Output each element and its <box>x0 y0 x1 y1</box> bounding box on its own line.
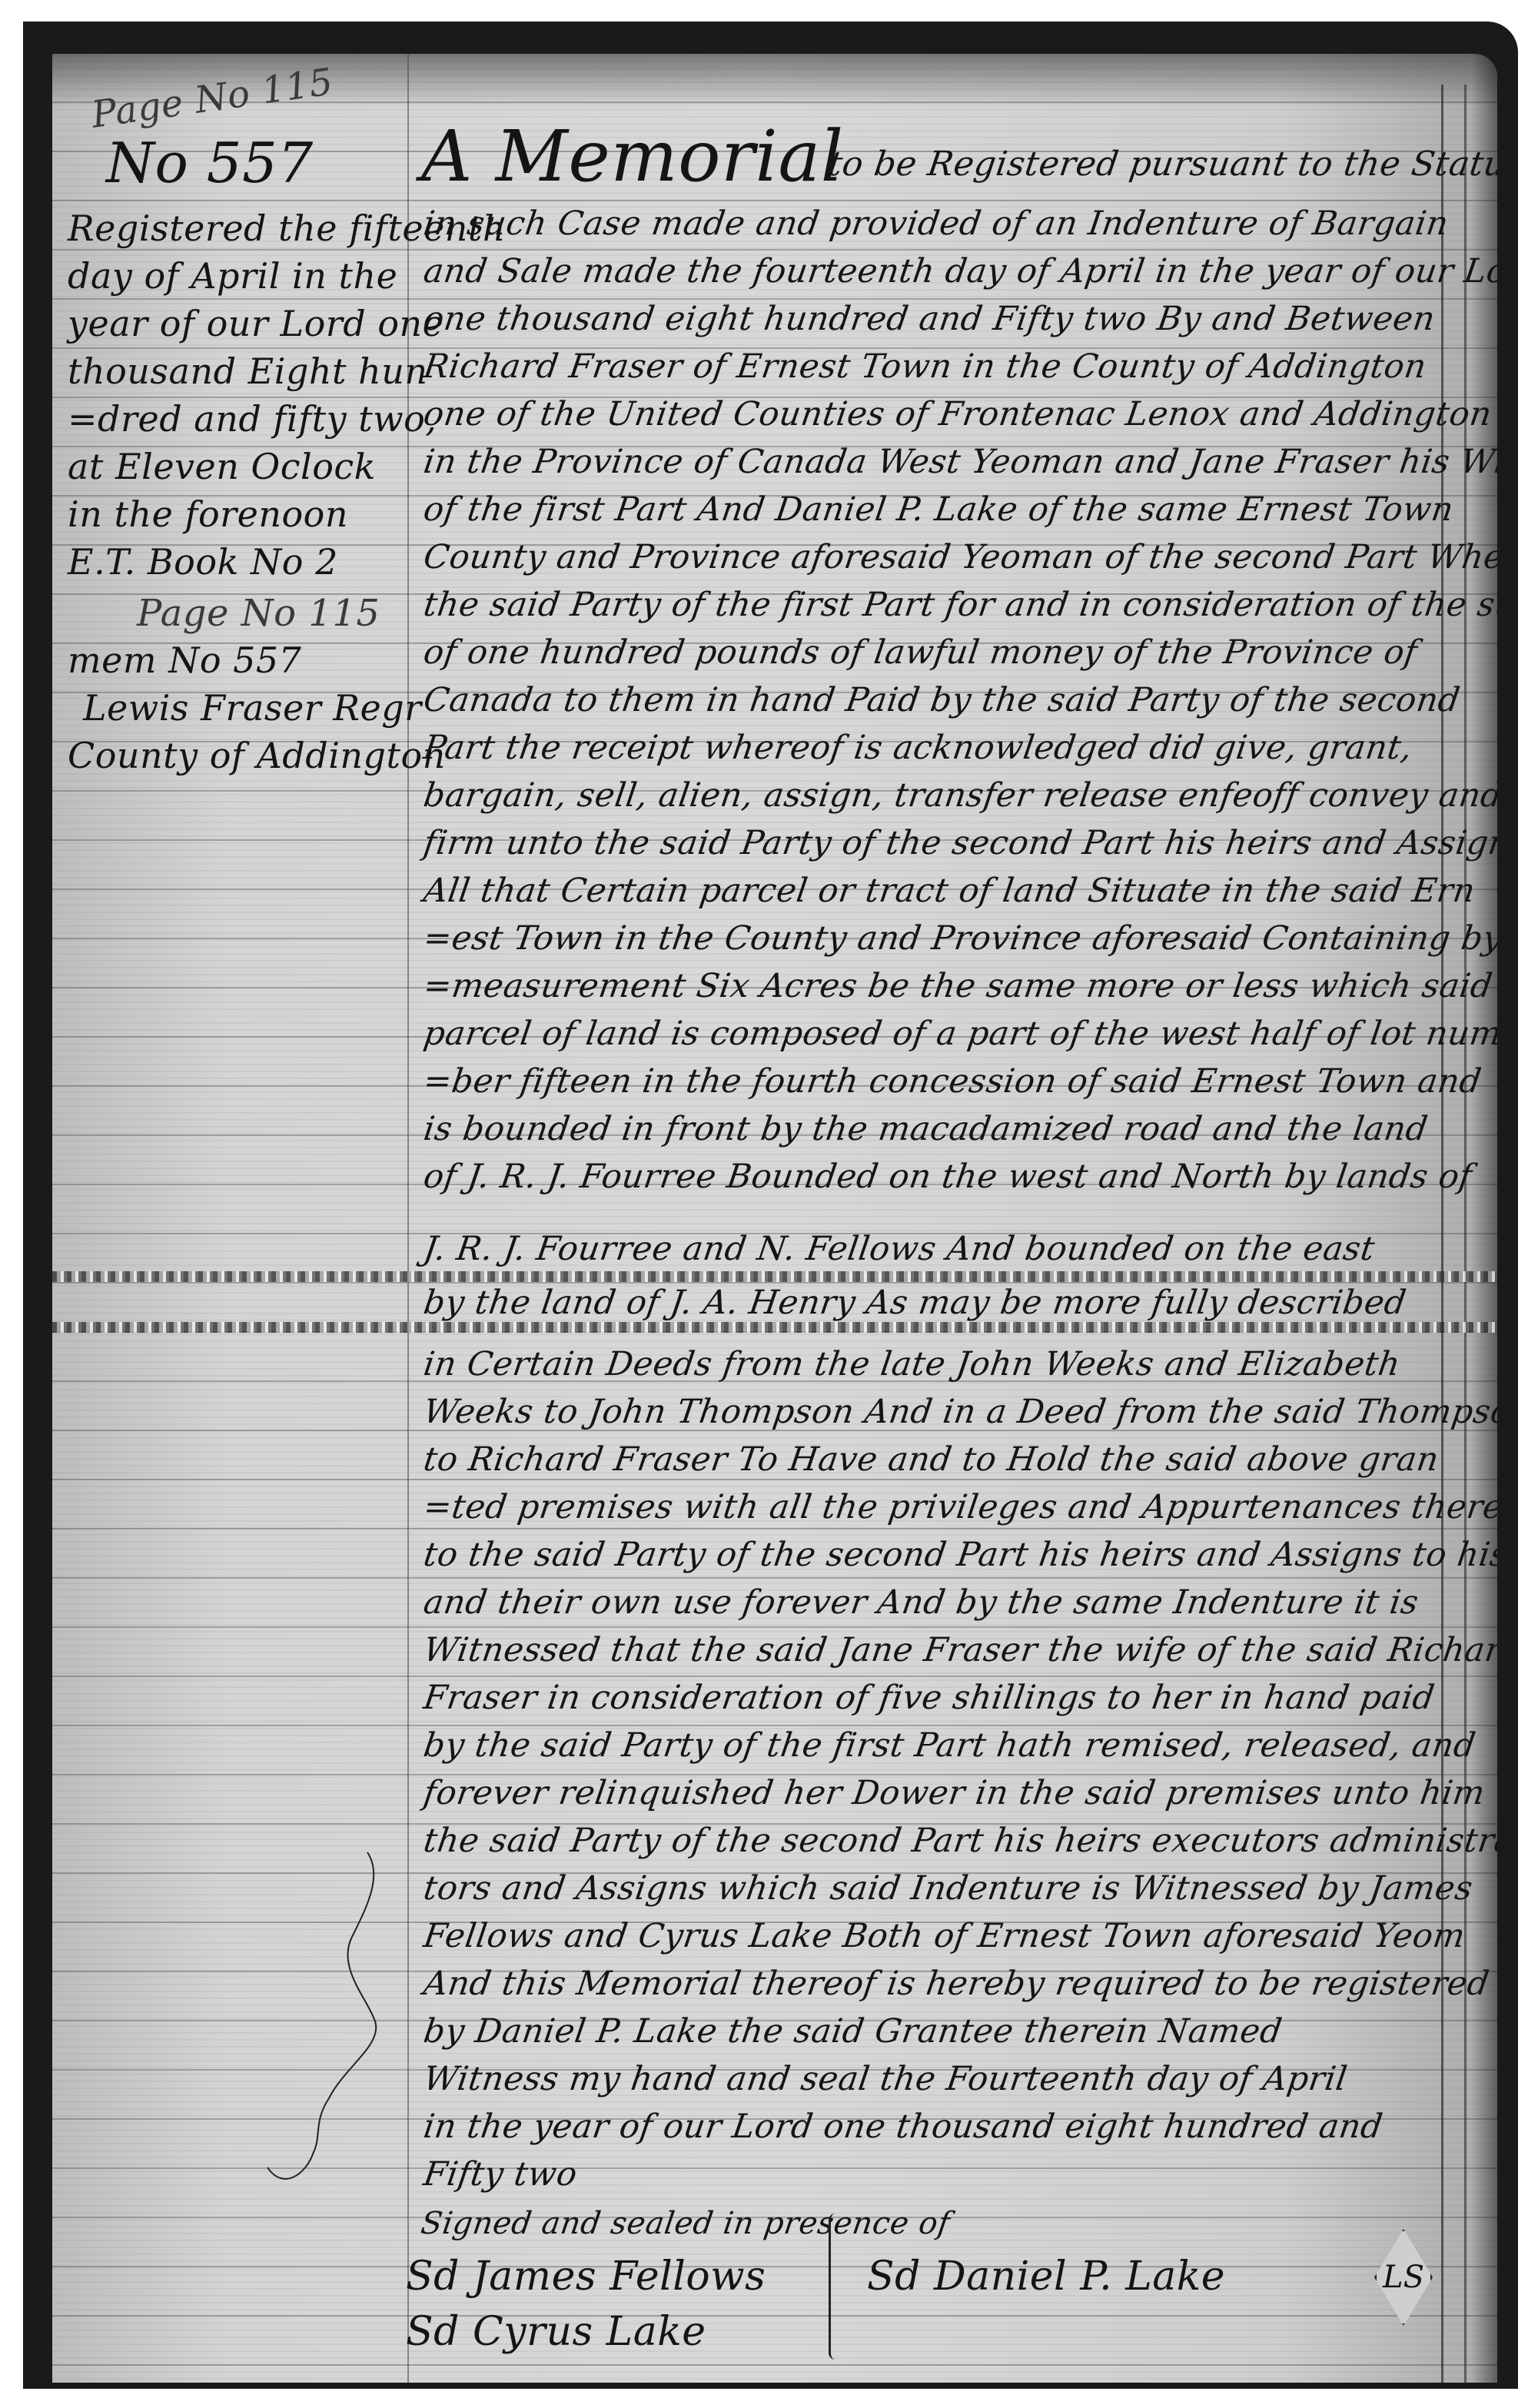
attestation-label: Signed and sealed in presence of <box>419 2206 952 2241</box>
body-line: of one hundred pounds of lawful money of… <box>421 633 1472 672</box>
body-line: to the said Party of the second Part his… <box>421 1536 1472 1574</box>
body-line: one of the United Counties of Frontenac … <box>421 395 1472 433</box>
body-line: one thousand eight hundred and Fifty two… <box>421 300 1472 338</box>
body-line: =est Town in the County and Province afo… <box>421 919 1472 958</box>
margin-note-line: thousand Eight hun <box>68 350 428 392</box>
body-line: Weeks to John Thompson And in a Deed fro… <box>421 1393 1472 1431</box>
body-line: forever relinquished her Dower in the sa… <box>421 1774 1472 1812</box>
document-title: A Memorial <box>421 115 844 198</box>
body-line: bargain, sell, alien, assign, transfer r… <box>421 776 1472 815</box>
seal-icon: LS <box>1374 2229 1433 2326</box>
body-line: County and Province aforesaid Yeoman of … <box>421 538 1472 576</box>
body-line: Witness my hand and seal the Fourteenth … <box>421 2060 1472 2098</box>
body-line: =ber fifteen in the fourth concession of… <box>421 1062 1472 1101</box>
body-line: in the Province of Canada West Yeoman an… <box>421 443 1472 481</box>
body-line: in such Case made and provided of an Ind… <box>421 204 1472 243</box>
body-line: to Richard Fraser To Have and to Hold th… <box>421 1440 1472 1479</box>
body-line: and Sale made the fourteenth day of Apri… <box>421 252 1472 291</box>
body-line: the said Party of the second Part his he… <box>421 1822 1472 1860</box>
body-line: of J. R. J. Fourree Bounded on the west … <box>421 1158 1472 1196</box>
margin-note-line: day of April in the <box>68 255 397 297</box>
ledger-page: Page No 115 No 557 A Memorial to be Regi… <box>52 54 1497 2383</box>
grantee-signature: Sd Daniel P. Lake <box>867 2254 1225 2300</box>
scan-defect-band <box>52 1322 1497 1333</box>
body-line: by the said Party of the first Part hath… <box>421 1726 1472 1765</box>
margin-note-line: year of our Lord one <box>68 303 443 344</box>
body-line: J. R. J. Fourree and N. Fellows And boun… <box>421 1230 1472 1268</box>
margin-note-line: in the forenoon <box>68 493 348 535</box>
body-line: in the year of our Lord one thousand eig… <box>421 2107 1472 2146</box>
body-line: =measurement Six Acres be the same more … <box>421 967 1472 1005</box>
margin-page-ref: Page No 115 <box>137 592 380 635</box>
margin-note-line: =dred and fifty two, <box>68 398 437 440</box>
scan-defect-band <box>52 1271 1497 1282</box>
body-line: =ted premises with all the privileges an… <box>421 1488 1472 1526</box>
body-line: by Daniel P. Lake the said Grantee there… <box>421 2012 1472 2051</box>
memorial-number: No 557 <box>106 131 314 195</box>
body-line: Fraser in consideration of five shilling… <box>421 1679 1472 1717</box>
margin-memorial-ref: mem No 557 <box>68 639 301 681</box>
body-line: of the first Part And Daniel P. Lake of … <box>421 490 1472 529</box>
body-line: Part the receipt whereof is acknowledged… <box>421 729 1472 767</box>
margin-note-line: E.T. Book No 2 <box>68 541 338 583</box>
county-name: County of Addington <box>68 735 446 776</box>
body-line: in Certain Deeds from the late John Week… <box>421 1345 1472 1383</box>
body-line: is bounded in front by the macadamized r… <box>421 1110 1472 1148</box>
body-line: Witnessed that the said Jane Fraser the … <box>421 1631 1472 1669</box>
margin-squiggle-mark <box>252 1845 406 2198</box>
body-line: the said Party of the first Part for and… <box>421 586 1472 624</box>
witness-signature: Sd James Fellows <box>406 2254 766 2300</box>
signature-brace <box>829 2214 842 2360</box>
body-line: firm unto the said Party of the second P… <box>421 824 1472 862</box>
body-first-line: to be Registered pursuant to the Statute <box>825 144 1497 184</box>
body-line: And this Memorial thereof is hereby requ… <box>421 1965 1472 2003</box>
margin-note-line: at Eleven Oclock <box>68 446 376 487</box>
body-line: by the land of J. A. Henry As may be mor… <box>421 1284 1472 1322</box>
body-line: Richard Fraser of Ernest Town in the Cou… <box>421 347 1472 386</box>
body-line: and their own use forever And by the sam… <box>421 1583 1472 1622</box>
body-line: parcel of land is composed of a part of … <box>421 1015 1472 1053</box>
body-line: All that Certain parcel or tract of land… <box>421 872 1472 910</box>
seal-label: LS <box>1383 2260 1424 2295</box>
body-line: Fellows and Cyrus Lake Both of Ernest To… <box>421 1917 1472 1955</box>
body-line: Fifty two <box>421 2155 1472 2194</box>
body-line: Canada to them in hand Paid by the said … <box>421 681 1472 719</box>
witness-signature: Sd Cyrus Lake <box>406 2309 706 2355</box>
registrar-signature: Lewis Fraser Regr <box>83 687 422 729</box>
body-line: tors and Assigns which said Indenture is… <box>421 1869 1472 1908</box>
